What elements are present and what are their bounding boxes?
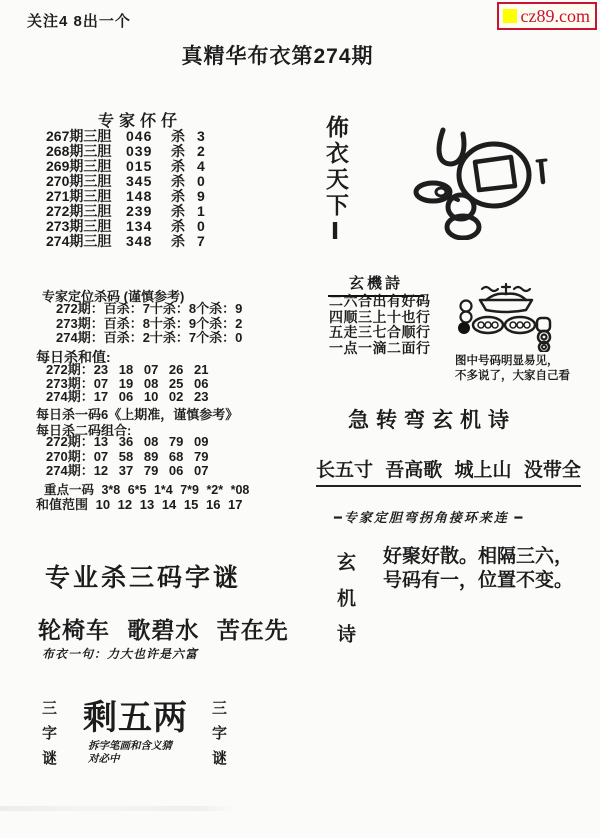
table-row: 274期三胆348杀7 xyxy=(46,234,211,249)
issue-cell: 269期三胆 xyxy=(46,159,126,174)
table-row: 270期三胆345杀0 xyxy=(46,174,211,189)
list-item: 273期：07 19 08 25 06 xyxy=(46,377,208,391)
yellow-square-icon xyxy=(503,9,517,23)
issue-cell: 271期三胆 xyxy=(46,189,126,204)
table-row: 272期三胆239杀1 xyxy=(46,204,211,219)
table-row: 271期三胆148杀9 xyxy=(46,189,211,204)
list-item: 270期：07 58 89 68 79 xyxy=(46,450,208,465)
top-note: 关注4 8出一个 xyxy=(27,10,131,31)
poem-line: 四顺三上十也行 xyxy=(329,310,431,326)
kill-value-cell: 3 xyxy=(197,129,211,144)
kill-label-cell: 杀 xyxy=(171,234,197,249)
riddle-note: 拆字笔画和含义猜 对必中 xyxy=(88,740,172,766)
big-riddle-text: 剩五两 xyxy=(83,690,188,739)
kill-label-cell: 杀 xyxy=(171,189,197,204)
sanma-riddle-title: 专业杀三码字谜 xyxy=(45,558,241,594)
table-row: 267期三胆046杀3 xyxy=(46,129,211,144)
page-title: 真精华布衣第274期 xyxy=(0,40,555,70)
buyi-sentence: 布衣一句：力大也许是六富 xyxy=(42,645,198,662)
kill-label-cell: 杀 xyxy=(171,174,197,189)
riddle-note-line: 拆字笔画和含义猜 xyxy=(88,740,172,753)
buyi-tianxia-vertical-title: 佈衣天下Ⅰ xyxy=(320,115,353,248)
xuanjishi-line: 号码有一，位置不变。 xyxy=(383,569,573,593)
list-item: 272期：百杀：7十杀：8个杀：9 xyxy=(56,302,242,317)
doodle-note: 图中号码明显易见， 不多说了，大家自己看 xyxy=(455,354,570,384)
sanzimi-left-label: 三字谜 xyxy=(38,700,59,775)
hezhi-rows: 272期：23 18 07 26 21 273期：07 19 08 25 06 … xyxy=(46,363,208,404)
code-cell: 134 xyxy=(126,219,171,234)
kill-value-cell: 4 xyxy=(197,159,211,174)
kill-label-cell: 杀 xyxy=(171,129,197,144)
list-item: 274期：12 37 79 06 07 xyxy=(46,464,208,479)
issue-cell: 274期三胆 xyxy=(46,234,126,249)
kill-value-cell: 1 xyxy=(197,204,211,219)
issue-cell: 272期三胆 xyxy=(46,204,126,219)
doodle-note-line: 不多说了，大家自己看 xyxy=(455,369,570,384)
jizhuanwan-title: 急转弯玄机诗 xyxy=(348,404,516,434)
watermark-text: cz89.com xyxy=(521,6,590,27)
kill-label-cell: 杀 xyxy=(171,159,197,174)
code-cell: 015 xyxy=(126,159,171,174)
kill-value-cell: 7 xyxy=(197,234,211,249)
issue-cell: 267期三胆 xyxy=(46,129,126,144)
kill-value-cell: 0 xyxy=(197,219,211,234)
boat-circles-doodle-icon xyxy=(452,280,564,352)
scan-artifact xyxy=(0,806,235,811)
code-cell: 345 xyxy=(126,174,171,189)
kill-label-cell: 杀 xyxy=(171,219,197,234)
poem-line: 一点一滴二面行 xyxy=(329,341,431,357)
dan-table: 267期三胆046杀3 268期三胆039杀2 269期三胆015杀4 270期… xyxy=(46,129,211,249)
list-item: 274期：百杀：2十杀：7个杀：0 xyxy=(56,331,242,346)
list-item: 272期：13 36 08 79 09 xyxy=(46,435,208,450)
table-row: 273期三胆134杀0 xyxy=(46,219,211,234)
xuanjishi-text: 好聚好散。相隔三六， 号码有一，位置不变。 xyxy=(383,545,573,593)
code-cell: 148 xyxy=(126,189,171,204)
riddle-note-line: 对必中 xyxy=(88,753,172,766)
code-cell: 039 xyxy=(126,144,171,159)
hezhi-range-line: 和值范围 10 12 13 14 15 16 17 xyxy=(36,494,243,513)
xuanjishi-vertical-label: 玄机诗 xyxy=(331,552,358,660)
kill-label-cell: 杀 xyxy=(171,144,197,159)
xuanjishi-line: 好聚好散。相隔三六， xyxy=(383,545,573,569)
kill-value-cell: 0 xyxy=(197,174,211,189)
list-item: 273期：百杀：8十杀：9个杀：2 xyxy=(56,317,242,332)
code-cell: 239 xyxy=(126,204,171,219)
dingwei-rows: 272期：百杀：7十杀：8个杀：9 273期：百杀：8十杀：9个杀：2 274期… xyxy=(56,302,242,346)
coin-doodle-icon xyxy=(403,122,548,240)
sanzimi-right-label: 三字谜 xyxy=(208,700,229,775)
issue-cell: 270期三胆 xyxy=(46,174,126,189)
issue-cell: 273期三胆 xyxy=(46,219,126,234)
list-item: 272期：23 18 07 26 21 xyxy=(46,363,208,377)
kill-label-cell: 杀 xyxy=(171,204,197,219)
erma-rows: 272期：13 36 08 79 09 270期：07 58 89 68 79 … xyxy=(46,435,208,479)
issue-cell: 268期三胆 xyxy=(46,144,126,159)
jizhuanwan-riddle-line: 长五寸 吾高歌 城上山 没带全 xyxy=(316,455,581,487)
poem-line: 五走三七合顺行 xyxy=(329,325,431,341)
table-row: 268期三胆039杀2 xyxy=(46,144,211,159)
kill-value-cell: 2 xyxy=(197,144,211,159)
sanma-riddle-text: 轮椅车 歌碧水 苦在先 xyxy=(38,612,289,645)
expert-dan-line: ━专家定胆弯拐角接环来连 ━ xyxy=(334,507,524,526)
kill-value-cell: 9 xyxy=(197,189,211,204)
code-cell: 046 xyxy=(126,129,171,144)
table-row: 269期三胆015杀4 xyxy=(46,159,211,174)
list-item: 274期：17 06 10 02 23 xyxy=(46,390,208,404)
watermark-box: cz89.com xyxy=(497,2,597,30)
xuanji-poem: 二六合出有好码 四顺三上十也行 五走三七合顺行 一点一滴二面行 xyxy=(329,294,431,356)
poem-line: 二六合出有好码 xyxy=(329,294,431,310)
doodle-note-line: 图中号码明显易见， xyxy=(455,354,570,369)
code-cell: 348 xyxy=(126,234,171,249)
